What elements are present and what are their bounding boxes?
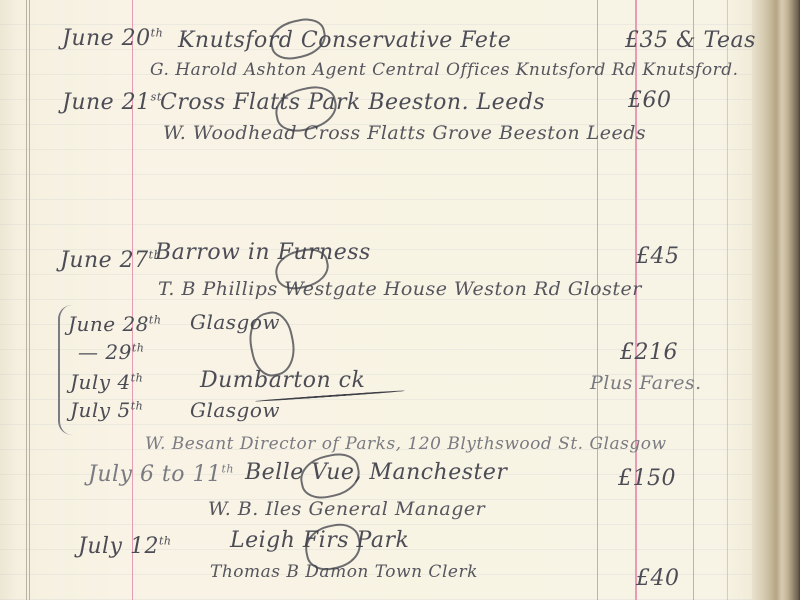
- entry-venue: Knutsford Conservative Fete: [178, 28, 511, 53]
- column-rule: [597, 0, 598, 600]
- column-rule: [693, 0, 694, 600]
- gutter-line: [29, 0, 30, 600]
- initials-mark: [296, 449, 363, 503]
- entry-date: — 29th: [78, 340, 144, 364]
- entry-date: July 12th: [78, 534, 171, 559]
- entry-date: June 20th: [62, 26, 163, 51]
- entry-venue: Belle Vue, Manchester: [245, 460, 507, 485]
- entry-amount: £35 & Teas: [625, 28, 756, 53]
- entry-amount: £60: [628, 88, 672, 113]
- entry-venue: Barrow in Furness: [155, 240, 371, 265]
- entry-date: July 6 to 11th: [88, 462, 234, 487]
- entry-date: June 21st: [62, 90, 162, 115]
- column-rule: [727, 0, 728, 600]
- initials-mark: [267, 15, 330, 64]
- entry-date: June 27th: [60, 248, 161, 273]
- entry-contact: W. Woodhead Cross Flatts Grove Beeston L…: [163, 122, 646, 144]
- entry-amount: £45: [636, 244, 680, 269]
- entry-contact: T. B Phillips Westgate House Weston Rd G…: [158, 278, 642, 300]
- entry-amount: £216: [620, 340, 678, 365]
- entry-contact: G. Harold Ashton Agent Central Offices K…: [150, 60, 739, 80]
- entry-contact: W. B. Iles General Manager: [208, 498, 485, 520]
- entry-date: July 4th: [70, 370, 143, 394]
- entry-venue: Glasgow: [190, 398, 280, 422]
- book-binding: [752, 0, 800, 600]
- entry-date: July 5th: [70, 398, 143, 422]
- entry-note: Plus Fares.: [590, 372, 702, 394]
- entry-amount: £40: [636, 566, 680, 591]
- entry-amount: £150: [618, 466, 676, 491]
- entry-contact: W. Besant Director of Parks, 120 Blythsw…: [145, 434, 667, 454]
- ledger-page: June 20th Knutsford Conservative Fete £3…: [0, 0, 800, 600]
- gutter-line: [26, 0, 27, 600]
- entry-venue: Cross Flatts Park Beeston. Leeds: [160, 90, 545, 115]
- entry-date: June 28th: [68, 312, 161, 336]
